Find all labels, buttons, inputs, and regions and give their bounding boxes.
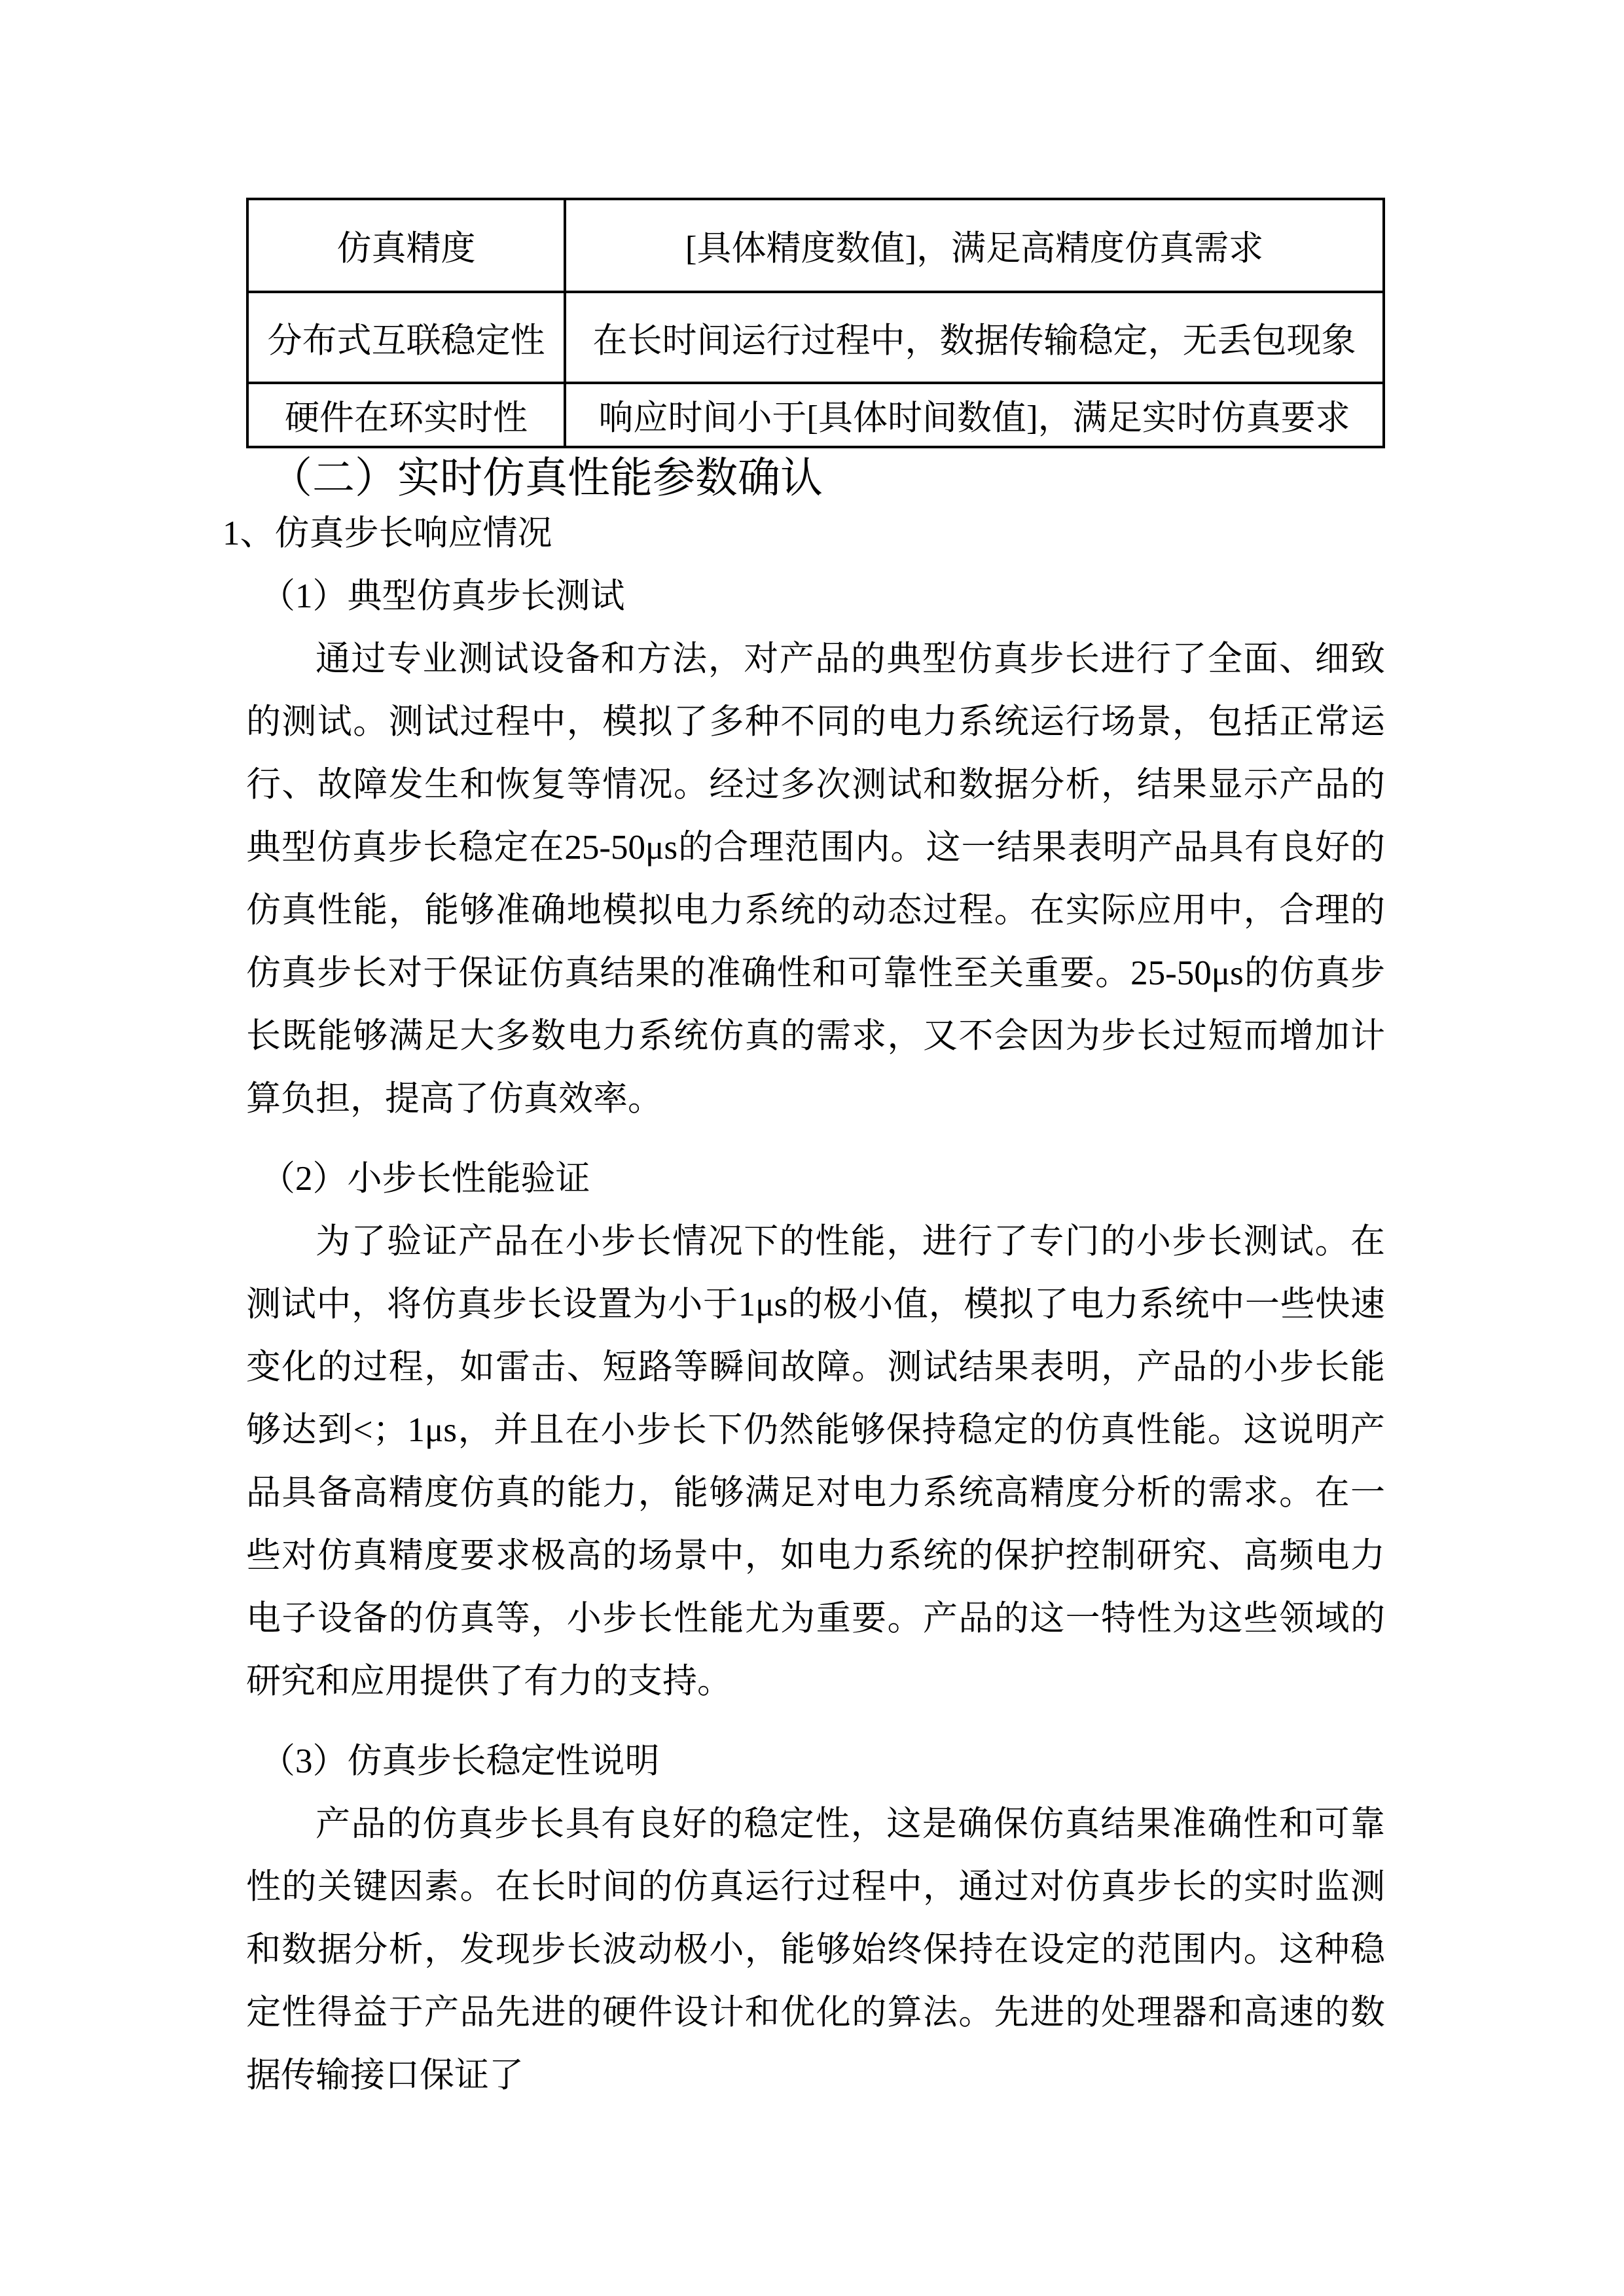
desc-cell: 在长时间运行过程中，数据传输稳定，无丢包现象 [565, 292, 1384, 383]
desc-cell: [具体精度数值]，满足高精度仿真需求 [565, 199, 1384, 292]
table-row: 硬件在环实时性 响应时间小于[具体时间数值]，满足实时仿真要求 [247, 383, 1384, 447]
section-item: （1）典型仿真步长测试 通过专业测试设备和方法，对产品的典型仿真步长进行了全面、… [246, 565, 1385, 1130]
item-paragraph: 通过专业测试设备和方法，对产品的典型仿真步长进行了全面、细致的测试。测试过程中，… [246, 628, 1385, 1130]
sub-heading: 1、仿真步长响应情况 [223, 502, 1385, 565]
term-cell: 仿真精度 [247, 199, 565, 292]
section-item: （2）小步长性能验证 为了验证产品在小步长情况下的性能，进行了专门的小步长测试。… [246, 1147, 1385, 1713]
desc-cell: 响应时间小于[具体时间数值]，满足实时仿真要求 [565, 383, 1384, 447]
item-paragraph: 产品的仿真步长具有良好的稳定性，这是确保仿真结果准确性和可靠性的关键因素。在长时… [246, 1793, 1385, 2107]
term-cell: 硬件在环实时性 [247, 383, 565, 447]
term-cell: 分布式互联稳定性 [247, 292, 565, 383]
section-item: （3）仿真步长稳定性说明 产品的仿真步长具有良好的稳定性，这是确保仿真结果准确性… [246, 1730, 1385, 2107]
item-title: （1）典型仿真步长测试 [246, 565, 1385, 628]
item-title: （3）仿真步长稳定性说明 [246, 1730, 1385, 1793]
item-title: （2）小步长性能验证 [246, 1147, 1385, 1210]
table-row: 分布式互联稳定性 在长时间运行过程中，数据传输稳定，无丢包现象 [247, 292, 1384, 383]
spec-table: 仿真精度 [具体精度数值]，满足高精度仿真需求 分布式互联稳定性 在长时间运行过… [246, 198, 1385, 448]
document-page: 仿真精度 [具体精度数值]，满足高精度仿真需求 分布式互联稳定性 在长时间运行过… [0, 0, 1624, 2296]
table-row: 仿真精度 [具体精度数值]，满足高精度仿真需求 [247, 199, 1384, 292]
document-content: 仿真精度 [具体精度数值]，满足高精度仿真需求 分布式互联稳定性 在长时间运行过… [246, 198, 1385, 2107]
item-paragraph: 为了验证产品在小步长情况下的性能，进行了专门的小步长测试。在测试中，将仿真步长设… [246, 1210, 1385, 1713]
section-heading: （二）实时仿真性能参数确认 [270, 455, 1385, 502]
